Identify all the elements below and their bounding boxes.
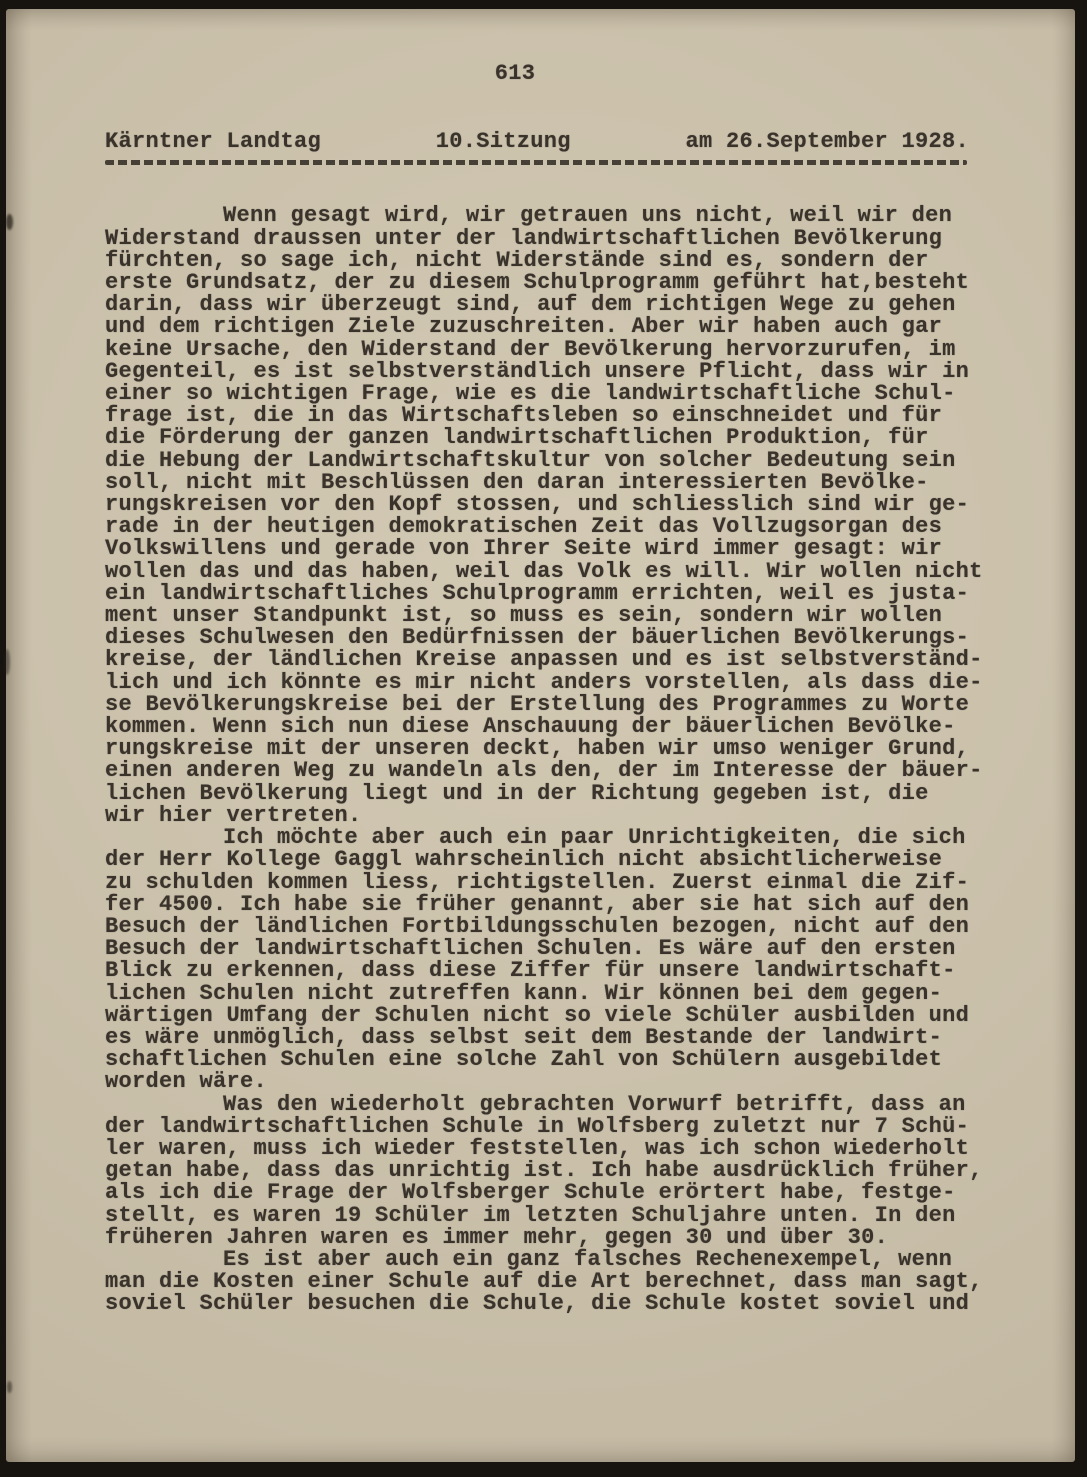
- paragraph: Was den wiederholt gebrachten Vorwurf be…: [105, 1094, 989, 1249]
- session-date: am 26.September 1928.: [685, 131, 969, 153]
- session-number: 10.Sitzung: [436, 131, 571, 153]
- page-number: 613: [73, 63, 957, 85]
- scanned-page-frame: 613 Kärntner Landtag 10.Sitzung am 26.Se…: [0, 0, 1087, 1477]
- scan-artifact: [7, 1381, 12, 1393]
- document-page: 613 Kärntner Landtag 10.Sitzung am 26.Se…: [6, 9, 1075, 1462]
- scan-artifact: [4, 649, 10, 675]
- scan-artifact: [6, 214, 13, 230]
- speech-text: Wenn gesagt wird, wir getrauen uns nicht…: [105, 205, 989, 1315]
- session-owner: Kärntner Landtag: [105, 131, 321, 153]
- paragraph: Wenn gesagt wird, wir getrauen uns nicht…: [105, 205, 989, 827]
- dashed-rule: [105, 160, 967, 165]
- session-header: Kärntner Landtag 10.Sitzung am 26.Septem…: [105, 131, 989, 153]
- paragraph: Es ist aber auch ein ganz falsches Reche…: [105, 1249, 989, 1316]
- paragraph: Ich möchte aber auch ein paar Unrichtigk…: [105, 827, 989, 1093]
